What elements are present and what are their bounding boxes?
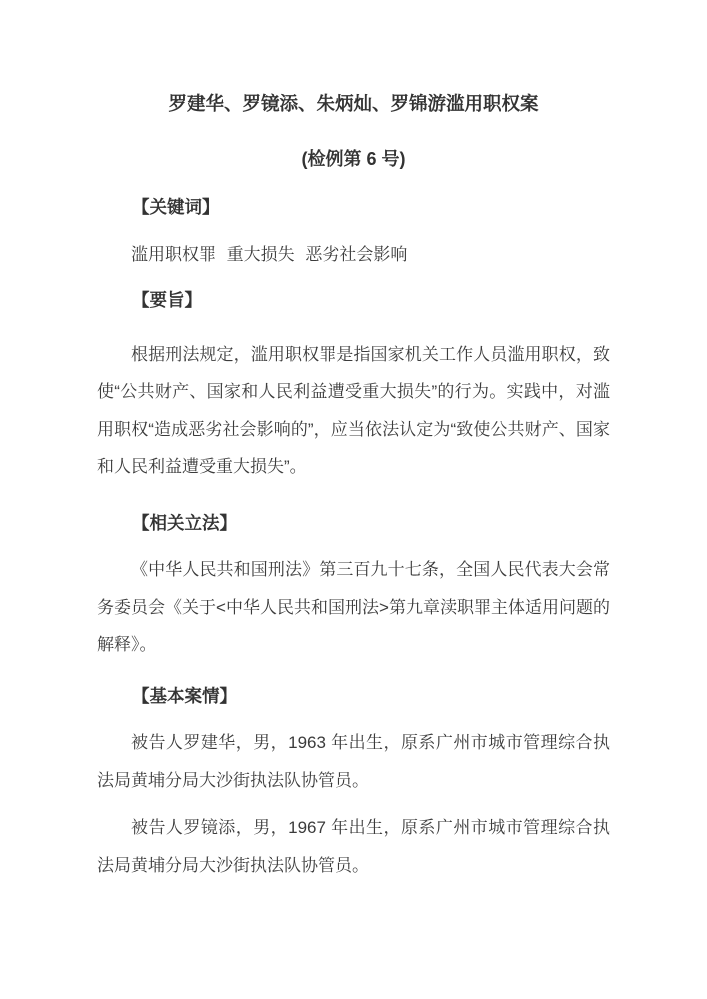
section-heading-legislation: 【相关立法】 bbox=[97, 505, 610, 543]
document-page: 罗建华、罗镜添、朱炳灿、罗锦游滥用职权案 (检例第 6 号) 【关键词】 滥用职… bbox=[0, 0, 707, 999]
case-number: (检例第 6 号) bbox=[97, 141, 610, 179]
case-title: 罗建华、罗镜添、朱炳灿、罗锦游滥用职权案 bbox=[97, 85, 610, 123]
basic-facts-paragraph-1: 被告人罗建华，男，1963 年出生，原系广州市城市管理综合执法局黄埔分局大沙街执… bbox=[97, 724, 610, 799]
legislation-paragraph: 《中华人民共和国刑法》第三百九十七条，全国人民代表大会常务委员会《关于<中华人民… bbox=[97, 551, 610, 664]
section-heading-gist: 【要旨】 bbox=[97, 282, 610, 320]
keywords-line: 滥用职权罪 重大损失 恶劣社会影响 bbox=[97, 236, 610, 274]
section-heading-basic-facts: 【基本案情】 bbox=[97, 678, 610, 716]
section-heading-keywords: 【关键词】 bbox=[97, 189, 610, 227]
gist-paragraph: 根据刑法规定，滥用职权罪是指国家机关工作人员滥用职权，致使“公共财产、国家和人民… bbox=[97, 336, 610, 486]
basic-facts-paragraph-2: 被告人罗镜添，男，1967 年出生，原系广州市城市管理综合执法局黄埔分局大沙街执… bbox=[97, 809, 610, 884]
